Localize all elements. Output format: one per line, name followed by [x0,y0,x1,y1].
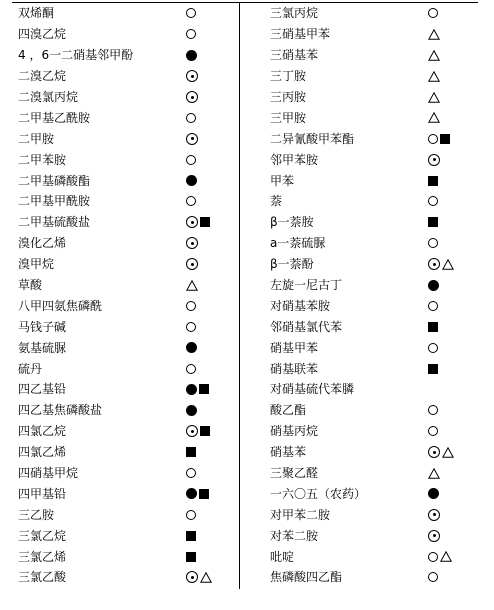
circle-icon [186,29,196,39]
chemical-name: 二甲基硫酸盐 [18,216,186,228]
table-row: 三氯乙烷 [18,525,236,546]
chemical-name: 三甲胺 [270,112,428,124]
dot-circle-icon [428,154,440,166]
hazard-marks [186,8,196,18]
table-row: 左旋一尼古丁 [270,275,480,296]
chemical-name: 三氯乙酸 [18,571,186,583]
table-row: 硝基联苯 [270,358,480,379]
table-row: 对苯二胺 [270,525,480,546]
table-row: 二甲苯胺 [18,149,236,170]
table-row: 二甲胺 [18,128,236,149]
chemical-name: 甲苯 [270,175,428,187]
hazard-marks [428,280,439,291]
chemical-name: 硝基甲苯 [270,342,428,354]
table-row: 甲苯 [270,170,480,191]
table-row: 邻硝基氯代苯 [270,316,480,337]
hazard-marks [428,8,438,18]
dot-circle-icon [186,70,198,82]
table-row: 四乙基焦磷酸盐 [18,400,236,421]
table-row: 硝基丙烷 [270,421,480,442]
table-row: 三氯乙烯 [18,546,236,567]
table-row: 四溴乙烷 [18,24,236,45]
chemical-name: 硫丹 [18,363,186,375]
chemical-name: 左旋一尼古丁 [270,279,428,291]
chemical-name: 二溴氯丙烷 [18,91,186,103]
hazard-marks [186,216,210,228]
filled-circle-icon [428,280,439,291]
dot-circle-icon [186,216,198,228]
chemical-name: 溴化乙烯 [18,237,186,249]
table-row: 氨基硫脲 [18,337,236,358]
chemical-name: 硝基丙烷 [270,425,428,437]
table-row: a一萘硫脲 [270,233,480,254]
chemical-name: 四溴乙烷 [18,28,186,40]
table-row: β一萘酚 [270,254,480,275]
chemical-name: 焦磷酸四乙酯 [270,571,428,583]
table-row: 对硝基苯胺 [270,295,480,316]
hazard-marks [428,196,438,206]
chemical-name: 硝基苯 [270,446,428,458]
circle-icon [186,155,196,165]
circle-icon [186,510,196,520]
filled-square-icon [200,426,210,436]
table-row: 萘 [270,191,480,212]
table-row: 二异氰酸甲苯酯 [270,128,480,149]
chemical-name: 二甲基乙酰胺 [18,112,186,124]
filled-circle-icon [186,50,197,61]
table-row: 三甲胺 [270,107,480,128]
chemical-name: 对甲苯二胺 [270,509,428,521]
hazard-marks [186,510,196,520]
filled-circle-icon [186,342,197,353]
table-row: 三丁胺 [270,66,480,87]
filled-square-icon [428,364,438,374]
table-row: β一萘胺 [270,212,480,233]
hazard-marks [428,551,452,562]
hazard-marks [186,280,198,291]
filled-square-icon [186,447,196,457]
triangle-icon [428,468,440,479]
filled-circle-icon [186,405,197,416]
table-row: 对甲苯二胺 [270,504,480,525]
table-row: 一六〇五（农药） [270,483,480,504]
chemical-name: β一萘胺 [270,216,428,228]
triangle-icon [442,259,454,270]
hazard-marks [186,133,198,145]
hazard-marks [428,322,438,332]
table-row: 邻甲苯胺 [270,149,480,170]
table-row: 四甲基铅 [18,483,236,504]
triangle-icon [440,551,452,562]
chemical-name: a一萘硫脲 [270,237,428,249]
dot-circle-icon [186,133,198,145]
table-row: 三氯乙酸 [18,567,236,588]
table-row: 对硝基硫代苯膦 [270,379,480,400]
hazard-marks [186,113,196,123]
hazard-marks [428,258,454,270]
filled-square-icon [199,489,209,499]
hazard-marks [428,509,440,521]
circle-icon [186,322,196,332]
filled-square-icon [428,217,438,227]
hazard-marks [186,571,212,583]
chemical-name: 二异氰酸甲苯酯 [270,133,428,145]
chemical-name: 马钱子碱 [18,321,186,333]
right-column: 三氯丙烷三硝基甲苯三硝基苯三丁胺三丙胺三甲胺二异氰酸甲苯酯邻甲苯胺甲苯萘β一萘胺… [270,3,480,588]
chemical-name: 四氯乙烷 [18,425,186,437]
table-row: 二甲基磷酸酯 [18,170,236,191]
hazard-marks [186,70,198,82]
table-row: 硝基甲苯 [270,337,480,358]
chemical-name: 一六〇五（农药） [270,488,428,500]
hazard-marks [186,531,196,541]
circle-icon [428,134,438,144]
filled-circle-icon [428,488,439,499]
triangle-icon [428,112,440,123]
chemical-name: 硝基联苯 [270,363,428,375]
hazard-marks [428,488,439,499]
hazard-marks [428,176,438,186]
chemical-name: 三硝基苯 [270,49,428,61]
chemical-name: 二甲胺 [18,133,186,145]
triangle-icon [428,50,440,61]
chemical-name: 二甲基甲酰胺 [18,195,186,207]
hazard-marks [428,343,438,353]
chemical-name: 4 ，6一二硝基邻甲酚 [18,49,186,61]
chemical-name: 三氯丙烷 [270,7,428,19]
chemical-name: 邻硝基氯代苯 [270,321,428,333]
hazard-marks [186,29,196,39]
filled-square-icon [428,176,438,186]
filled-square-icon [200,217,210,227]
table-row: 焦磷酸四乙酯 [270,567,480,588]
table-row: 吡啶 [270,546,480,567]
circle-icon [186,364,196,374]
circle-icon [428,343,438,353]
table-row: 二甲基甲酰胺 [18,191,236,212]
dot-circle-icon [428,258,440,270]
circle-icon [186,301,196,311]
hazard-marks [186,301,196,311]
triangle-icon [428,71,440,82]
hazard-marks [186,488,209,499]
table-row: 草酸 [18,275,236,296]
hazard-marks [428,217,438,227]
filled-square-icon [428,322,438,332]
table-row: 二甲基硫酸盐 [18,212,236,233]
table-row: 硝基苯 [270,442,480,463]
triangle-icon [442,447,454,458]
dot-circle-icon [186,571,198,583]
table-row: 硫丹 [18,358,236,379]
chemical-name: 二甲苯胺 [18,154,186,166]
table-row: 四乙基铅 [18,379,236,400]
circle-icon [428,405,438,415]
chemical-name: 八甲四氨焦磷酰 [18,300,186,312]
chemical-name: 三氯乙烯 [18,551,186,563]
hazard-marks [186,405,197,416]
chemical-name: 三丁胺 [270,70,428,82]
chemical-name: β一萘酚 [270,258,428,270]
chemical-name: 三乙胺 [18,509,186,521]
table-row: 双烯酮 [18,3,236,24]
dot-circle-icon [186,258,198,270]
circle-icon [428,572,438,582]
triangle-icon [428,29,440,40]
chemical-name: 酸乙酯 [270,404,428,416]
hazard-marks [428,29,440,40]
chemical-name: 四甲基铅 [18,488,186,500]
hazard-marks [186,50,197,61]
chemical-name: 四乙基焦磷酸盐 [18,404,186,416]
chemical-name: 对硝基硫代苯膦 [270,383,428,395]
table-row: 三硝基苯 [270,45,480,66]
hazard-marks [186,552,196,562]
filled-circle-icon [186,488,197,499]
hazard-marks [186,384,209,395]
filled-square-icon [440,134,450,144]
chemical-name: 对苯二胺 [270,530,428,542]
table-row: 三聚乙醛 [270,463,480,484]
table-row: 二甲基乙酰胺 [18,107,236,128]
hazard-marks [186,322,196,332]
table-row: 三硝基甲苯 [270,24,480,45]
left-column: 双烯酮四溴乙烷4 ，6一二硝基邻甲酚二溴乙烷二溴氯丙烷二甲基乙酰胺二甲胺二甲苯胺… [18,3,236,588]
filled-square-icon [199,384,209,394]
circle-icon [428,196,438,206]
dot-circle-icon [186,237,198,249]
dot-circle-icon [428,530,440,542]
chemical-name: 吡啶 [270,551,428,563]
table-row: 4 ，6一二硝基邻甲酚 [18,45,236,66]
triangle-icon [200,572,212,583]
dot-circle-icon [186,425,198,437]
table-row: 马钱子碱 [18,316,236,337]
circle-icon [428,238,438,248]
chemical-name: 四氯乙烯 [18,446,186,458]
hazard-marks [186,91,198,103]
filled-square-icon [186,552,196,562]
table-row: 四硝基甲烷 [18,463,236,484]
chemical-name: 草酸 [18,279,186,291]
chemical-name: 二溴乙烷 [18,70,186,82]
chemical-name: 四硝基甲烷 [18,467,186,479]
hazard-marks [428,50,440,61]
hazard-marks [186,447,196,457]
table-row: 二溴氯丙烷 [18,87,236,108]
hazard-marks [186,342,197,353]
chemical-name: 三氯乙烷 [18,530,186,542]
table-row: 溴化乙烯 [18,233,236,254]
chemical-name: 三硝基甲苯 [270,28,428,40]
dot-circle-icon [428,509,440,521]
triangle-icon [428,92,440,103]
chemical-name: 萘 [270,195,428,207]
hazard-marks [428,92,440,103]
table-row: 三丙胺 [270,87,480,108]
chemical-name: 三丙胺 [270,91,428,103]
hazard-marks [186,425,210,437]
chemical-name: 溴甲烷 [18,258,186,270]
table-row: 八甲四氨焦磷酰 [18,295,236,316]
hazard-marks [428,405,438,415]
filled-circle-icon [186,175,197,186]
circle-icon [186,468,196,478]
hazard-marks [428,572,438,582]
table-row: 二溴乙烷 [18,66,236,87]
hazard-marks [428,426,438,436]
filled-circle-icon [186,384,197,395]
hazard-marks [428,154,440,166]
column-divider [239,2,240,589]
chemical-name: 二甲基磷酸酯 [18,175,186,187]
hazard-marks [186,237,198,249]
hazard-marks [428,446,454,458]
circle-icon [186,196,196,206]
hazard-marks [186,196,196,206]
circle-icon [428,8,438,18]
table-row: 酸乙酯 [270,400,480,421]
hazard-marks [186,258,198,270]
chemical-name: 三聚乙醛 [270,467,428,479]
hazard-marks [428,468,440,479]
dot-circle-icon [428,446,440,458]
table-row: 四氯乙烯 [18,442,236,463]
chemical-name: 邻甲苯胺 [270,154,428,166]
dot-circle-icon [186,91,198,103]
chemical-name: 对硝基苯胺 [270,300,428,312]
hazard-marks [186,468,196,478]
hazard-marks [428,71,440,82]
hazard-marks [186,175,197,186]
circle-icon [186,8,196,18]
chemical-name: 四乙基铅 [18,383,186,395]
hazard-marks [428,301,438,311]
circle-icon [428,301,438,311]
table-row: 溴甲烷 [18,254,236,275]
triangle-icon [186,280,198,291]
hazard-marks [428,112,440,123]
hazard-marks [186,364,196,374]
filled-square-icon [186,531,196,541]
table-row: 四氯乙烷 [18,421,236,442]
circle-icon [186,113,196,123]
chemical-name: 氨基硫脲 [18,342,186,354]
hazard-marks [428,364,438,374]
hazard-marks [186,155,196,165]
chemical-name: 双烯酮 [18,7,186,19]
hazard-marks [428,134,450,144]
hazard-marks [428,530,440,542]
table-row: 三氯丙烷 [270,3,480,24]
circle-icon [428,426,438,436]
hazard-marks [428,238,438,248]
circle-icon [428,552,438,562]
table-row: 三乙胺 [18,504,236,525]
